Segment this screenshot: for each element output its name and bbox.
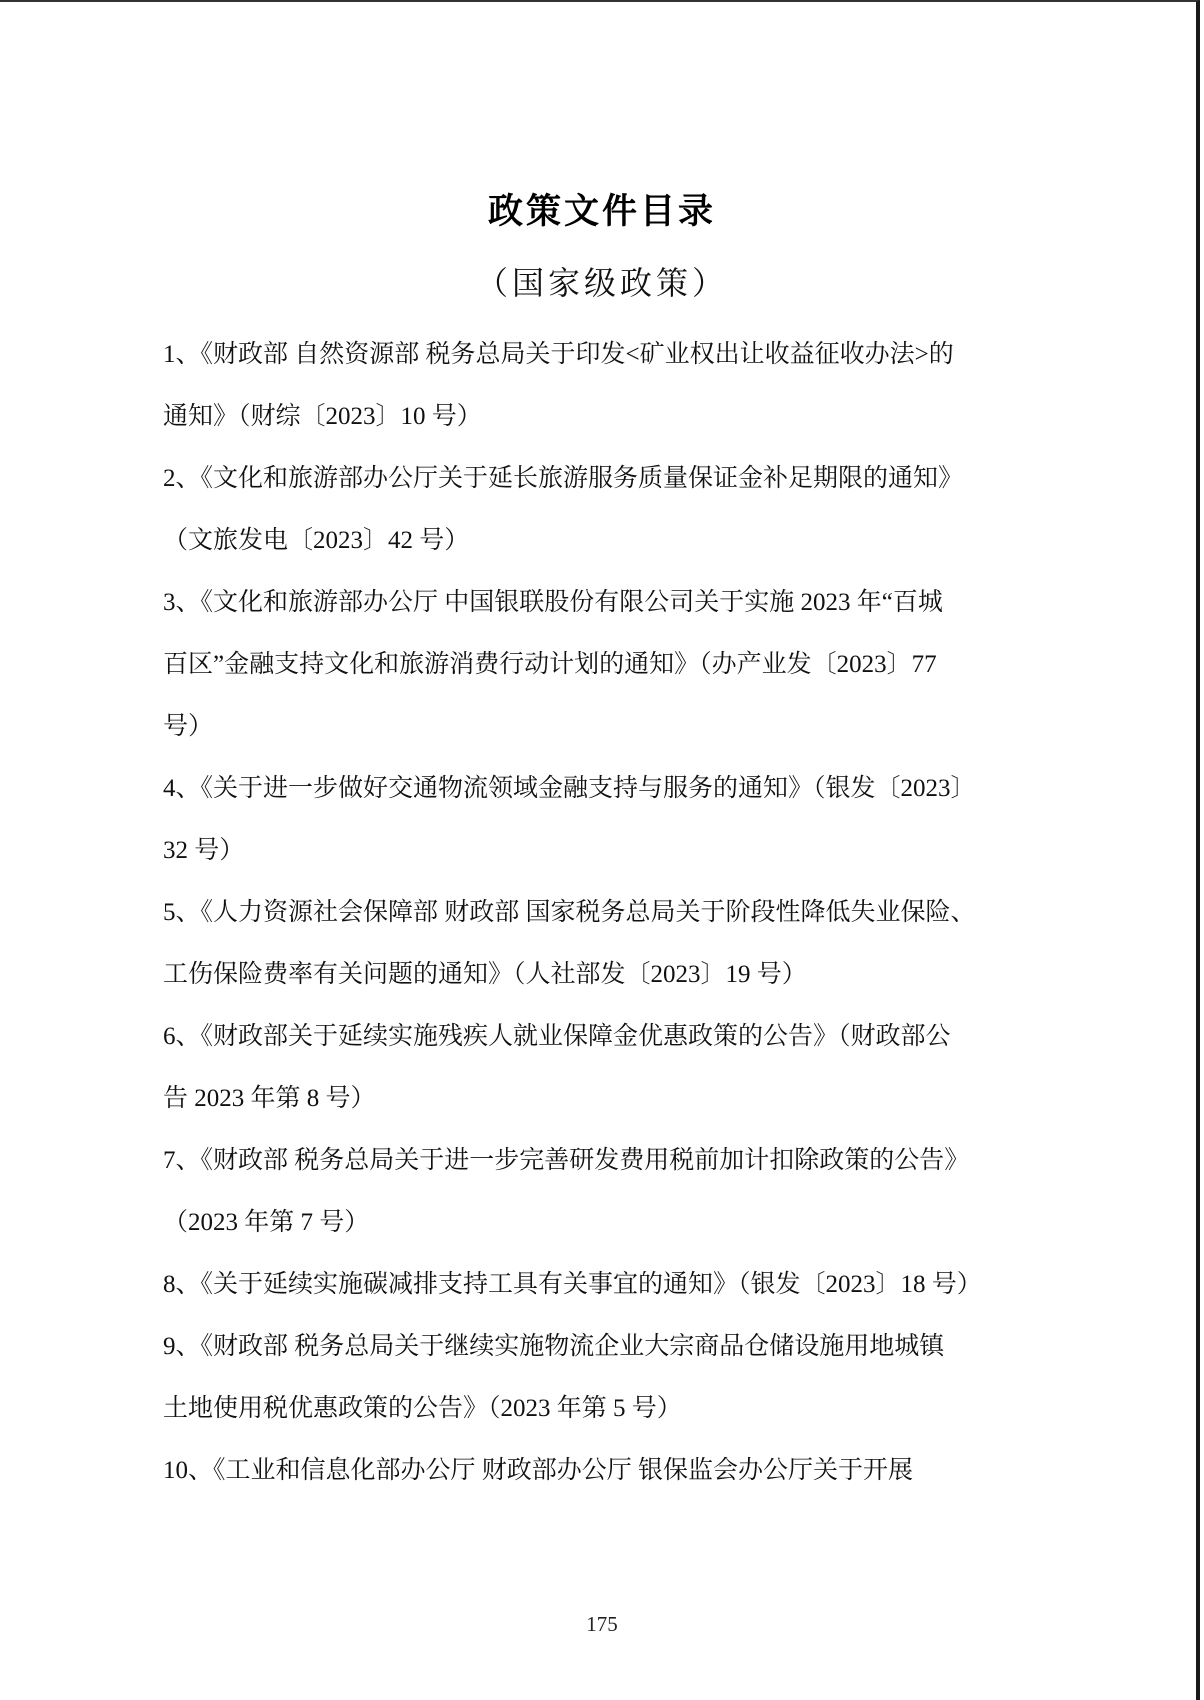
entry-7-line-1: 7、《财政部 税务总局关于进一步完善研发费用税前加计扣除政策的公告》 bbox=[163, 1138, 1063, 1200]
entry-8-line-1: 8、《关于延续实施碳减排支持工具有关事宜的通知》（银发〔2023〕18 号） bbox=[163, 1262, 1063, 1324]
entry-4-line-2: 32 号） bbox=[163, 828, 1063, 890]
entry-5-line-2: 工伤保险费率有关问题的通知》（人社部发〔2023〕19 号） bbox=[163, 952, 1063, 1014]
entry-3-line-2: 百区”金融支持文化和旅游消费行动计划的通知》（办产业发〔2023〕77 bbox=[163, 642, 1063, 704]
page-title: 政策文件目录 bbox=[0, 188, 1204, 236]
entry-6-line-2: 告 2023 年第 8 号） bbox=[163, 1076, 1063, 1138]
entry-2-line-2: （文旅发电〔2023〕42 号） bbox=[163, 518, 1063, 580]
policy-list: 1、《财政部 自然资源部 税务总局关于印发<矿业权出让收益征收办法>的 通知》（… bbox=[163, 332, 1063, 1510]
page-subtitle: （国家级政策） bbox=[0, 260, 1204, 306]
entry-9-line-1: 9、《财政部 税务总局关于继续实施物流企业大宗商品仓储设施用地城镇 bbox=[163, 1324, 1063, 1386]
entry-1-line-2: 通知》（财综〔2023〕10 号） bbox=[163, 394, 1063, 456]
entry-1-line-1: 1、《财政部 自然资源部 税务总局关于印发<矿业权出让收益征收办法>的 bbox=[163, 332, 1063, 394]
entry-10-line-1: 10、《工业和信息化部办公厅 财政部办公厅 银保监会办公厅关于开展 bbox=[163, 1448, 1063, 1510]
entry-5-line-1: 5、《人力资源社会保障部 财政部 国家税务总局关于阶段性降低失业保险、 bbox=[163, 890, 1063, 952]
page-number: 175 bbox=[0, 1612, 1204, 1637]
entry-3-line-3: 号） bbox=[163, 704, 1063, 766]
document-page: 政策文件目录 （国家级政策） 1、《财政部 自然资源部 税务总局关于印发<矿业权… bbox=[0, 0, 1200, 1700]
entry-6-line-1: 6、《财政部关于延续实施残疾人就业保障金优惠政策的公告》（财政部公 bbox=[163, 1014, 1063, 1076]
entry-2-line-1: 2、《文化和旅游部办公厅关于延长旅游服务质量保证金补足期限的通知》 bbox=[163, 456, 1063, 518]
entry-3-line-1: 3、《文化和旅游部办公厅 中国银联股份有限公司关于实施 2023 年“百城 bbox=[163, 580, 1063, 642]
entry-7-line-2: （2023 年第 7 号） bbox=[163, 1200, 1063, 1262]
entry-4-line-1: 4、《关于进一步做好交通物流领域金融支持与服务的通知》（银发〔2023〕 bbox=[163, 766, 1063, 828]
entry-9-line-2: 土地使用税优惠政策的公告》（2023 年第 5 号） bbox=[163, 1386, 1063, 1448]
